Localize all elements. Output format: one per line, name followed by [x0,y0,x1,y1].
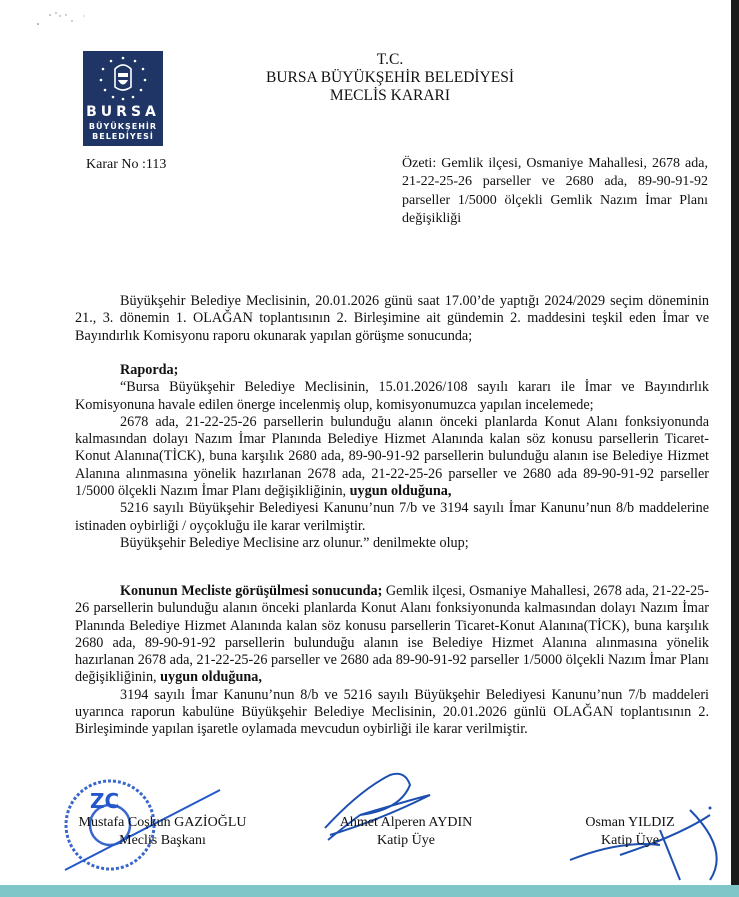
intro-paragraph: Büyükşehir Belediye Meclisinin, 20.01.20… [75,293,709,345]
header-institution: BURSA BÜYÜKŞEHİR BELEDİYESİ [240,69,540,87]
signatory-title: Katip Üye [326,832,486,850]
final-paragraph: 3194 sayılı İmar Kanunu’nun 8/b ve 5216 … [75,687,709,739]
decision-summary: Özeti: Gemlik ilçesi, Osmaniye Mahallesi… [402,155,708,228]
signatory-title: Meclis Başkanı [70,832,255,850]
crest-icon [83,51,163,106]
scan-specks [36,10,86,30]
signatory-name: Osman YILDIZ [570,814,690,832]
svg-text:ZC: ZC [90,789,119,813]
viewer-edge [731,0,739,897]
report-section: Raporda; “Bursa Büyükşehir Belediye Mecl… [75,362,709,552]
council-conclusion: uygun olduğuna, [160,669,262,685]
header-tc: T.C. [240,51,540,69]
document-header: T.C. BURSA BÜYÜKŞEHİR BELEDİYESİ MECLİS … [240,51,540,105]
signatory-title: Katip Üye [570,832,690,850]
bursa-logo: BURSA BÜYÜKŞEHİR BELEDİYESİ [83,51,163,146]
signature-clerk-2: Osman YILDIZ Katip Üye [570,814,690,850]
viewer-bottom-bar [0,885,739,897]
report-conclusion: uygun olduğuna, [350,483,452,499]
header-doc-type: MECLİS KARARI [240,87,540,105]
logo-line-1: BURSA [83,104,163,120]
signatory-name: Mustafa Coşkun GAZİOĞLU [70,814,255,832]
report-paragraph-3: 5216 sayılı Büyükşehir Belediyesi Kanunu… [75,500,709,535]
signature-chair: Mustafa Coşkun GAZİOĞLU Meclis Başkanı [70,814,255,850]
council-heading: Konunun Mecliste görüşülmesi sonucunda; [120,583,382,599]
report-paragraph-1: “Bursa Büyükşehir Belediye Meclisinin, 1… [75,379,709,414]
logo-line-3: BELEDİYESİ [83,132,163,141]
signature-clerk-1: Ahmet Alperen AYDIN Katip Üye [326,814,486,850]
document-page: BURSA BÜYÜKŞEHİR BELEDİYESİ T.C. BURSA B… [0,0,731,885]
intro-text: Büyükşehir Belediye Meclisinin, 20.01.20… [75,293,709,345]
report-paragraph-2: 2678 ada, 21-22-25-26 parsellerin bulund… [75,414,709,500]
council-paragraph: Konunun Mecliste görüşülmesi sonucunda; … [75,583,709,687]
report-paragraph-4: Büyükşehir Belediye Meclisine arz olunur… [75,535,709,552]
decision-number: Karar No :113 [86,157,166,173]
logo-line-2: BÜYÜKŞEHİR [83,122,163,131]
signatory-name: Ahmet Alperen AYDIN [326,814,486,832]
report-heading: Raporda; [120,362,178,378]
council-section: Konunun Mecliste görüşülmesi sonucunda; … [75,583,709,739]
